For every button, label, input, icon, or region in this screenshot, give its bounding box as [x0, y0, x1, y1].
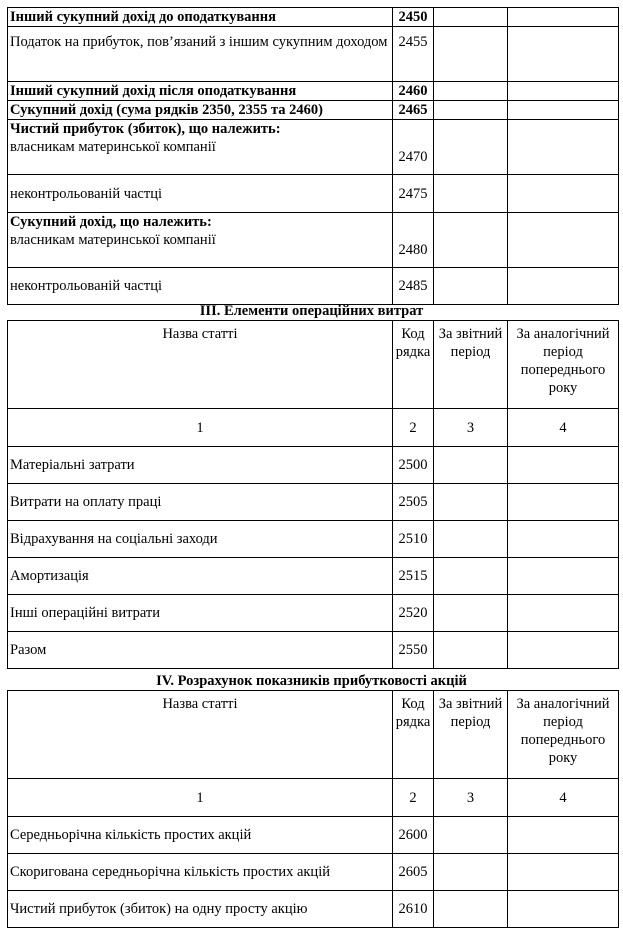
row-code: 2455	[393, 27, 434, 82]
row-code: 2510	[393, 521, 434, 558]
row-label: Чистий прибуток (збиток), що належить: в…	[8, 120, 393, 175]
previous-period-cell[interactable]	[508, 891, 619, 928]
table-row: Середньорічна кількість простих акцій 26…	[8, 817, 619, 854]
previous-period-cell[interactable]	[508, 8, 619, 27]
table-row: Інші операційні витрати 2520	[8, 595, 619, 632]
group-heading: Сукупний дохід, що належить:	[10, 213, 390, 231]
row-code: 2505	[393, 484, 434, 521]
header-row: Назва статті Код рядка За звітний період…	[8, 691, 619, 779]
current-period-cell[interactable]	[434, 447, 508, 484]
previous-period-cell[interactable]	[508, 484, 619, 521]
section-title: III. Елементи операційних витрат	[0, 303, 623, 319]
row-code: 2605	[393, 854, 434, 891]
table-row: Відрахування на соціальні заходи 2510	[8, 521, 619, 558]
previous-period-cell[interactable]	[508, 632, 619, 669]
previous-period-cell[interactable]	[508, 213, 619, 268]
current-period-cell[interactable]	[434, 120, 508, 175]
current-period-cell[interactable]	[434, 558, 508, 595]
current-period-cell[interactable]	[434, 213, 508, 268]
row-label: Відрахування на соціальні заходи	[8, 521, 393, 558]
share-profitability-table: Назва статті Код рядка За звітний період…	[7, 690, 619, 928]
operating-expenses-table: Назва статті Код рядка За звітний період…	[7, 320, 619, 669]
current-period-cell[interactable]	[434, 595, 508, 632]
current-period-cell[interactable]	[434, 27, 508, 82]
current-period-cell[interactable]	[434, 101, 508, 120]
current-period-cell[interactable]	[434, 817, 508, 854]
table-row: Сукупний дохід, що належить: власникам м…	[8, 213, 619, 268]
current-period-cell[interactable]	[434, 175, 508, 213]
table-row: Чистий прибуток (збиток), що належить: в…	[8, 120, 619, 175]
row-code: 2450	[393, 8, 434, 27]
row-label: неконтрольованій частці	[8, 175, 393, 213]
column-header: За звітний період	[434, 691, 508, 779]
table-row: Сукупний дохід (сума рядків 2350, 2355 т…	[8, 101, 619, 120]
previous-period-cell[interactable]	[508, 854, 619, 891]
table-row: Амортизація 2515	[8, 558, 619, 595]
previous-period-cell[interactable]	[508, 175, 619, 213]
row-sublabel: власникам материнської компанії	[10, 138, 390, 156]
column-header: Код рядка	[393, 691, 434, 779]
column-header: Код рядка	[393, 321, 434, 409]
previous-period-cell[interactable]	[508, 558, 619, 595]
column-index: 1	[8, 779, 393, 817]
index-row: 1 2 3 4	[8, 409, 619, 447]
row-code: 2520	[393, 595, 434, 632]
row-code: 2465	[393, 101, 434, 120]
table-row: Інший сукупний дохід після оподаткування…	[8, 82, 619, 101]
table-row: неконтрольованій частці 2485	[8, 268, 619, 305]
row-code: 2475	[393, 175, 434, 213]
row-label: Амортизація	[8, 558, 393, 595]
table-row: Матеріальні затрати 2500	[8, 447, 619, 484]
row-label: Сукупний дохід (сума рядків 2350, 2355 т…	[8, 101, 393, 120]
previous-period-cell[interactable]	[508, 120, 619, 175]
row-sublabel: власникам материнської компанії	[10, 231, 390, 249]
row-code: 2500	[393, 447, 434, 484]
previous-period-cell[interactable]	[508, 595, 619, 632]
table-row: Інший сукупний дохід до оподаткування 24…	[8, 8, 619, 27]
row-label: Сукупний дохід, що належить: власникам м…	[8, 213, 393, 268]
table-row: неконтрольованій частці 2475	[8, 175, 619, 213]
column-header: За аналогічний період попереднього року	[508, 691, 619, 779]
previous-period-cell[interactable]	[508, 101, 619, 120]
current-period-cell[interactable]	[434, 8, 508, 27]
row-label: Податок на прибуток, пов’язаний з іншим …	[8, 27, 393, 82]
column-header: За аналогічний період попереднього року	[508, 321, 619, 409]
row-code: 2480	[393, 213, 434, 268]
column-header: Назва статті	[8, 321, 393, 409]
current-period-cell[interactable]	[434, 891, 508, 928]
row-code: 2515	[393, 558, 434, 595]
row-label: Інші операційні витрати	[8, 595, 393, 632]
previous-period-cell[interactable]	[508, 521, 619, 558]
column-index: 2	[393, 779, 434, 817]
row-label: Скоригована середньорічна кількість прос…	[8, 854, 393, 891]
current-period-cell[interactable]	[434, 632, 508, 669]
row-code: 2460	[393, 82, 434, 101]
row-label: Витрати на оплату праці	[8, 484, 393, 521]
column-index: 1	[8, 409, 393, 447]
column-index: 4	[508, 409, 619, 447]
row-code: 2610	[393, 891, 434, 928]
previous-period-cell[interactable]	[508, 268, 619, 305]
column-index: 2	[393, 409, 434, 447]
column-index: 3	[434, 409, 508, 447]
section-title: IV. Розрахунок показників прибутковості …	[0, 673, 623, 689]
table-row: Податок на прибуток, пов’язаний з іншим …	[8, 27, 619, 82]
previous-period-cell[interactable]	[508, 817, 619, 854]
row-code: 2470	[393, 120, 434, 175]
column-index: 4	[508, 779, 619, 817]
previous-period-cell[interactable]	[508, 82, 619, 101]
row-label: Інший сукупний дохід після оподаткування	[8, 82, 393, 101]
group-heading: Чистий прибуток (збиток), що належить:	[10, 120, 390, 138]
header-row: Назва статті Код рядка За звітний період…	[8, 321, 619, 409]
row-code: 2600	[393, 817, 434, 854]
index-row: 1 2 3 4	[8, 779, 619, 817]
table-row: Чистий прибуток (збиток) на одну просту …	[8, 891, 619, 928]
row-label: Матеріальні затрати	[8, 447, 393, 484]
current-period-cell[interactable]	[434, 521, 508, 558]
current-period-cell[interactable]	[434, 484, 508, 521]
row-label: неконтрольованій частці	[8, 268, 393, 305]
row-label: Разом	[8, 632, 393, 669]
row-label: Чистий прибуток (збиток) на одну просту …	[8, 891, 393, 928]
row-code: 2485	[393, 268, 434, 305]
previous-period-cell[interactable]	[508, 27, 619, 82]
table-row: Скоригована середньорічна кількість прос…	[8, 854, 619, 891]
row-label: Середньорічна кількість простих акцій	[8, 817, 393, 854]
current-period-cell[interactable]	[434, 268, 508, 305]
row-label: Інший сукупний дохід до оподаткування	[8, 8, 393, 27]
row-code: 2550	[393, 632, 434, 669]
current-period-cell[interactable]	[434, 854, 508, 891]
comprehensive-income-table: Інший сукупний дохід до оподаткування 24…	[7, 7, 619, 305]
column-header: За звітний період	[434, 321, 508, 409]
previous-period-cell[interactable]	[508, 447, 619, 484]
current-period-cell[interactable]	[434, 82, 508, 101]
column-header: Назва статті	[8, 691, 393, 779]
table-row: Разом 2550	[8, 632, 619, 669]
column-index: 3	[434, 779, 508, 817]
table-row: Витрати на оплату праці 2505	[8, 484, 619, 521]
